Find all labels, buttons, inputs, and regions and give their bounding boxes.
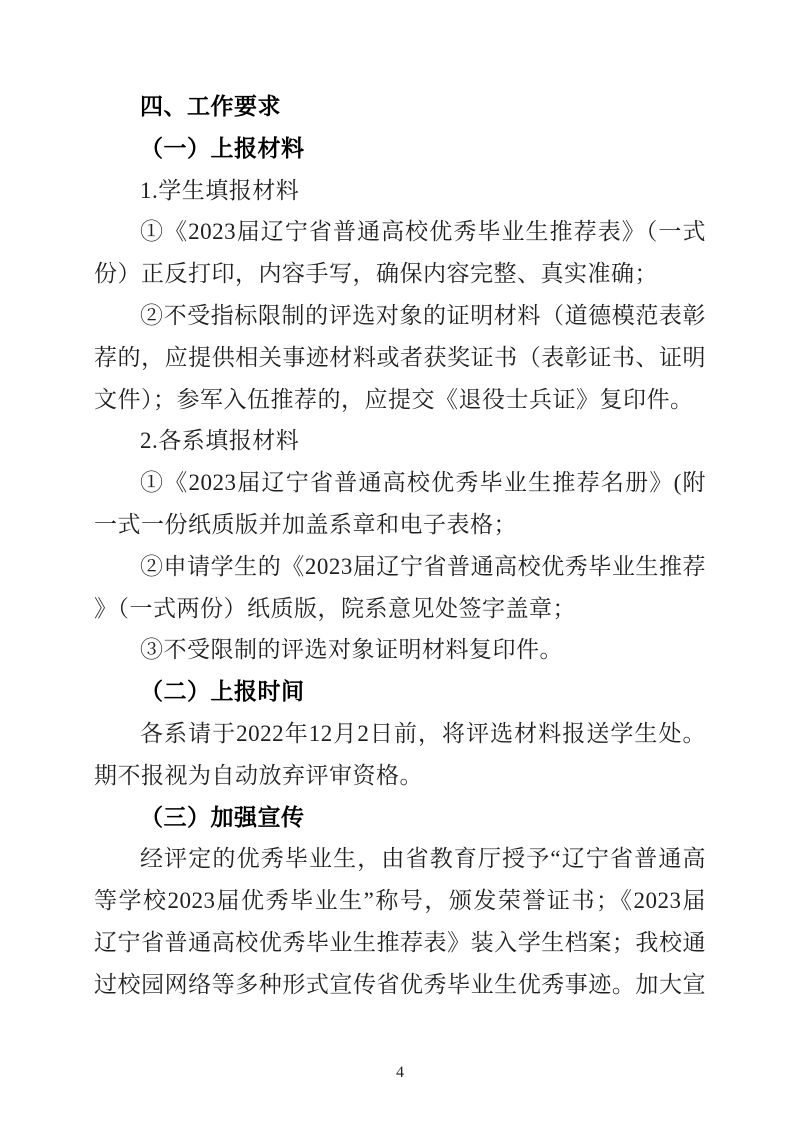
subheading-report-deadline: （二）上报时间: [94, 671, 706, 713]
para-application-form-line: 》（一式两份）纸质版，院系意见处签字盖章；: [94, 588, 706, 630]
para-student-form-line: ①《2023届辽宁省普通高校优秀毕业生推荐表》（一式两: [94, 211, 706, 253]
para-student-form-line: 份）正反打印，内容手写，确保内容完整、真实准确；: [94, 253, 706, 295]
document-body: 四、工作要求 （一）上报材料 1.学生填报材料 ①《2023届辽宁省普通高校优秀…: [94, 86, 706, 1006]
para-publicity-line: 辽宁省普通高校优秀毕业生推荐表》装入学生档案；我校通: [94, 922, 706, 964]
subheading-report-materials: （一）上报材料: [94, 128, 706, 170]
item-department-materials: 2.各系填报材料: [94, 420, 706, 462]
para-publicity-line: 经评定的优秀毕业生，由省教育厅授予“辽宁省普通高: [94, 838, 706, 880]
item-student-materials: 1.学生填报材料: [94, 170, 706, 212]
para-exempt-proof-line: 文件）；参军入伍推荐的，应提交《退役士兵证》复印件。: [94, 379, 706, 421]
heading-work-requirements: 四、工作要求: [94, 86, 706, 128]
para-deadline-line: 各系请于2022年12月2日前，将评选材料报送学生处。逾: [94, 713, 706, 755]
para-publicity-line: 等学校2023届优秀毕业生”称号，颁发荣誉证书；《2023届: [94, 880, 706, 922]
page-number: 4: [94, 1062, 706, 1084]
para-exempt-proof-line: 荐的，应提供相关事迹材料或者获奖证书（表彰证书、证明: [94, 337, 706, 379]
para-roster-line: 一式一份纸质版并加盖系章和电子表格；: [94, 504, 706, 546]
subheading-publicity: （三）加强宣传: [94, 797, 706, 839]
para-application-form-line: ②申请学生的《2023届辽宁省普通高校优秀毕业生推荐表: [94, 546, 706, 588]
para-roster-line: ①《2023届辽宁省普通高校优秀毕业生推荐名册》(附件2): [94, 462, 706, 504]
document-page: 四、工作要求 （一）上报材料 1.学生填报材料 ①《2023届辽宁省普通高校优秀…: [0, 0, 794, 1123]
para-publicity-line: 过校园网络等多种形式宣传省优秀毕业生优秀事迹。加大宣: [94, 964, 706, 1006]
para-exempt-copy-line: ③不受限制的评选对象证明材料复印件。: [94, 629, 706, 671]
para-deadline-line: 期不报视为自动放弃评审资格。: [94, 755, 706, 797]
para-exempt-proof-line: ②不受指标限制的评选对象的证明材料（道德模范表彰推: [94, 295, 706, 337]
